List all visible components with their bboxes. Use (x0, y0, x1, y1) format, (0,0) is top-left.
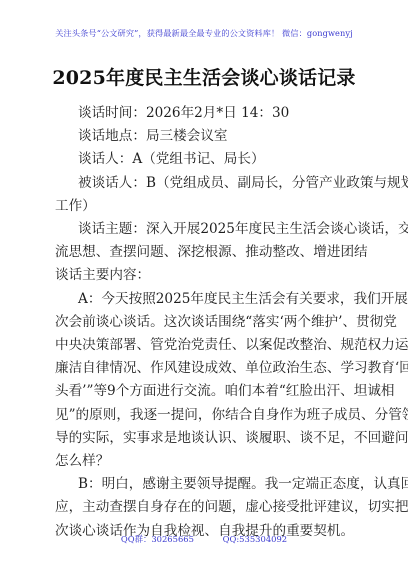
meta-place: 谈话地点：局三楼会议室 (55, 125, 357, 148)
paragraph-a: A：今天按照2025年度民主生活会有关要求，我们开展一 次会前谈心谈话。这次谈话… (55, 288, 357, 474)
document-page: 关注头条号“公文研究”，获得最新最全最专业的公文资料库！ 微信：gongweny… (0, 0, 408, 580)
paragraph-line: 头看’”等9个方面进行交流。咱们本着“红脸出汗、坦诚相 (55, 380, 357, 403)
meta-topic-cont: 流思想、查摆问题、深挖根源、推动整改、增进团结 (55, 241, 357, 264)
paragraph-line: 廉洁自律情况、作风建设成效、单位政治生态、学习教育‘回 (55, 357, 357, 380)
paragraph-line: 导的实际，实事求是地谈认识、谈履职、谈不足，不回避问题， (55, 427, 357, 450)
footer-contact: QQ群：30265665 QQ:535304092 (0, 533, 408, 545)
paragraph-line: A：今天按照2025年度民主生活会有关要求，我们开展一 (55, 288, 357, 311)
paragraph-line: 怎么样？ (55, 450, 357, 473)
meta-time: 谈话时间：2026年2月*日 14：30 (55, 102, 357, 125)
meta-topic: 谈话主题：深入开展2025年度民主生活会谈心谈话，交 (55, 218, 357, 241)
meta-interviewee: 被谈话人：B（党组成员、副局长，分管产业政策与规划 (55, 172, 357, 195)
paragraph-line: B：明白，感谢主要领导提醒。我一定端正态度，认真回 (55, 473, 357, 496)
header-banner: 关注头条号“公文研究”，获得最新最全最专业的公文资料库！ 微信：gongweny… (0, 28, 408, 39)
footer-qq: QQ:535304092 (223, 534, 288, 544)
document-body: 谈话时间：2026年2月*日 14：30 谈话地点：局三楼会议室 谈话人：A（党… (55, 102, 357, 543)
meta-speaker: 谈话人：A（党组书记、局长） (55, 148, 357, 171)
paragraph-line: 次会前谈心谈话。这次谈话围绕“落实‘两个维护’、贯彻党 (55, 311, 357, 334)
meta-interviewee-cont: 工作） (55, 195, 357, 218)
paragraph-line: 中央决策部署、管党治党责任、以案促改整治、规范权力运行、 (55, 334, 357, 357)
footer-qq-group: QQ群：30265665 (121, 534, 194, 544)
paragraph-line: 见”的原则，我逐一提问，你结合自身作为班子成员、分管领 (55, 404, 357, 427)
document-title: 2025年度民主生活会谈心谈话记录 (0, 63, 408, 90)
content-label: 谈话主要内容： (55, 264, 357, 287)
paragraph-line: 应，主动查摆自身存在的问题，虚心接受批评建议，切实把这 (55, 496, 357, 519)
